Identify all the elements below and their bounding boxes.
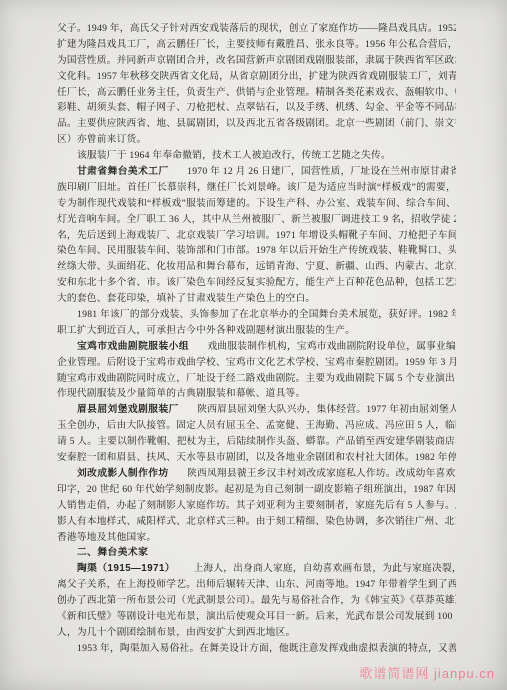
text-line: 大的套色、套花印染，填补了甘肃戏装生产染色上的空白。 xyxy=(57,291,456,307)
text-line: 香港等地及其他国家。 xyxy=(57,530,456,546)
text-line: 彩鞋、胡须头套、帽子网子、刀枪把杖、点翠钻石，以及手绣、机绣、勾金、平金等不同品… xyxy=(57,100,456,116)
text-line: 区）亦曾前来订货。 xyxy=(57,132,456,148)
text-line: 族印刷厂旧址。首任厂长慕崇科，继任厂长刘景峰。该厂是为适应当时演“样板戏”的需要… xyxy=(57,180,456,196)
text-line: 父子。1949 年，高氏父子针对西安戏装落后的现状，创立了家庭作坊——隆昌戏具店… xyxy=(57,21,456,37)
text-line: 玉全创办，后由大队接管。固定人员有屈玉全、孟宽健、王海勤、冯应成、冯应田 5 人… xyxy=(57,418,456,434)
text-line: 人，为几十个剧团绘制布景，由西安扩大到西北地区。 xyxy=(57,625,456,641)
text-line: 请 5 人。主要以制作靴帽、把杖为主，后陆续制作头盔、蟒靠。产品销至西安建华剧装… xyxy=(57,434,456,450)
text-line: 丝绦大带、头面绢花、化妆用品和舞台幕布，远销青海、宁夏、新疆、山西、内蒙古、北京… xyxy=(57,259,456,275)
text-line: 离父子关系，在上海投师学艺。出师后辗转天津、山东、河南等地。1947 年带着学生… xyxy=(57,577,456,593)
text-line: 该服装厂于 1964 年奉命撤销，技术工人被迫改行，传统工艺随之失传。 xyxy=(57,148,456,164)
section-heading: 二、舞台美术家 xyxy=(57,545,456,561)
entry-first-line: 宝鸡市戏曲剧院服装小组戏曲服装制作机构，宝鸡市戏曲剧院附设单位，属事业编制， xyxy=(57,339,456,355)
entry-title: 甘肃省舞台美术工厂 xyxy=(77,166,169,177)
text-line: 为国营性质。并同新声京剧团合并，改名国营新声京剧团戏剧服装部，隶属于陕西省军区政… xyxy=(57,53,456,69)
text-line: 1953 年，陶渠加入易俗社。在舞美设计方面，他既注意发挥戏曲虚拟表演的特点，又… xyxy=(57,641,456,657)
text-line: 扩建为隆昌戏具工厂，高云鹏任厂长，主要技师有戴胜昌、张永良等。1956 年公私合… xyxy=(57,37,456,53)
text-line: 职工扩大到近百人，可承担古今中外各种戏剧题材演出服装的生产。 xyxy=(57,323,456,339)
entry-first-line: 眉县屈刘堡戏剧服装厂陕西眉县屈刘堡大队兴办，集体经营。1977 年初由屈刘堡人屈 xyxy=(57,402,456,418)
text-line: 灯光音响车间。全厂职工 36 人，其中从兰州被服厂、新兰被服厂调进技工 9 名，… xyxy=(57,212,456,228)
text-line: 1981 年该厂的部分戏装、头饰参加了在北京举办的全国舞台美术展览，获好评。19… xyxy=(57,307,456,323)
entry-title: 陶渠（1915—1971） xyxy=(77,563,175,574)
text-block: 父子。1949 年，高氏父子针对西安戏装落后的现状，创立了家庭作坊——隆昌戏具店… xyxy=(57,21,456,657)
text-line: 随宝鸡市戏曲剧院同时成立，厂址设于经二路戏曲剧院。主要为戏曲剧院下属 5 个专业… xyxy=(57,371,456,387)
entry-title: 眉县屈刘堡戏剧服装厂 xyxy=(77,404,179,415)
entry-first-line: 甘肃省舞台美术工厂1970 年 12 月 26 日建厂，国营性质，厂址设在兰州市… xyxy=(57,164,456,180)
text-line: 安和东北十多个省、市。该厂染色车间经反复实验配方，能生产上百种花色品种，包括工艺… xyxy=(57,275,456,291)
entry-title: 二、舞台美术家 xyxy=(77,547,148,558)
text-line: 专为制作现代戏装和“样板戏”服装而筹建的。下设生产科、办公室、戏装车间、综合车间… xyxy=(57,196,456,212)
text-line: 创办了西北第一所布景公司（光武制景公司）。最先与易俗社合作，为《韩宝英》《草莽英… xyxy=(57,593,456,609)
entry-first-line: 陶渠（1915—1971）上海人，出身商人家庭，自幼喜欢画布景，为此与家庭决裂，… xyxy=(57,561,456,577)
text-line: 染色车间、民用服装车间、装饰部和门市部。1978 年以后开始生产传统戏装、鞋靴髯… xyxy=(57,243,456,259)
watermark: 歌谱简谱网 jianpu.cn xyxy=(359,663,495,682)
text-line: 作现代剧服装及少量简单的古典剧服装和幕帐、道具等。 xyxy=(57,386,456,402)
entry-first-line: 刘改成影人制作作坊陕西凤翔县虢王乡汉丰村刘改成家庭私人作坊。改成幼年喜欢刻章 xyxy=(57,466,456,482)
entry-title: 宝鸡市戏曲剧院服装小组 xyxy=(77,341,189,352)
text-line: 品。主要供应陕西省、地、县属剧团，以及西北五省各级剧团。北京一些剧团（前门、崇文… xyxy=(57,116,456,132)
text-line: 《新和氏璧》等剧设计电光布景，演出后使观众耳目一新。后来，光武布景公司发展到 1… xyxy=(57,609,456,625)
text-line: 影人有本地样式、咸阳样式、北京样式三种。由于刻工精细、染色协调，多次销往广州、北… xyxy=(57,514,456,530)
entry-title: 刘改成影人制作作坊 xyxy=(77,468,169,479)
text-line: 文化科。1957 年秋移交陕西省文化局，从省京剧团分出，扩建为陕西省戏剧服装工厂… xyxy=(57,69,456,85)
text-line: 名，先后送到上海戏装厂、北京戏装厂学习培训。1971 年增设头帽靴子车间、刀枪把… xyxy=(57,228,456,244)
text-line: 印字，20 世纪 60 年代始学刻制皮影。起初是为自己刻制一副皮影箱子组班演出，… xyxy=(57,482,456,498)
text-line: 人销售走俏，办起了刻制影人家庭作坊。其子刘亚利为主要刻制者，家庭先后有 5 人参… xyxy=(57,498,456,514)
text-line: 安秦腔一团和眉县、扶风、天水等县市剧团，以及各地业余剧团和农村社大团体。1982… xyxy=(57,450,456,466)
book-page: 父子。1949 年，高氏父子针对西安戏装落后的现状，创立了家庭作坊——隆昌戏具店… xyxy=(0,0,507,690)
text-line: 任厂长，高云鹏任业务主任，负责生产、供销与企业管理。精制各类花素戏衣、盔帽软巾、… xyxy=(57,85,456,101)
text-line: 企业管理。后附设于宝鸡市戏曲学校、宝鸡市文化艺术学校、宝鸡市秦腔剧团。1959 … xyxy=(57,355,456,371)
